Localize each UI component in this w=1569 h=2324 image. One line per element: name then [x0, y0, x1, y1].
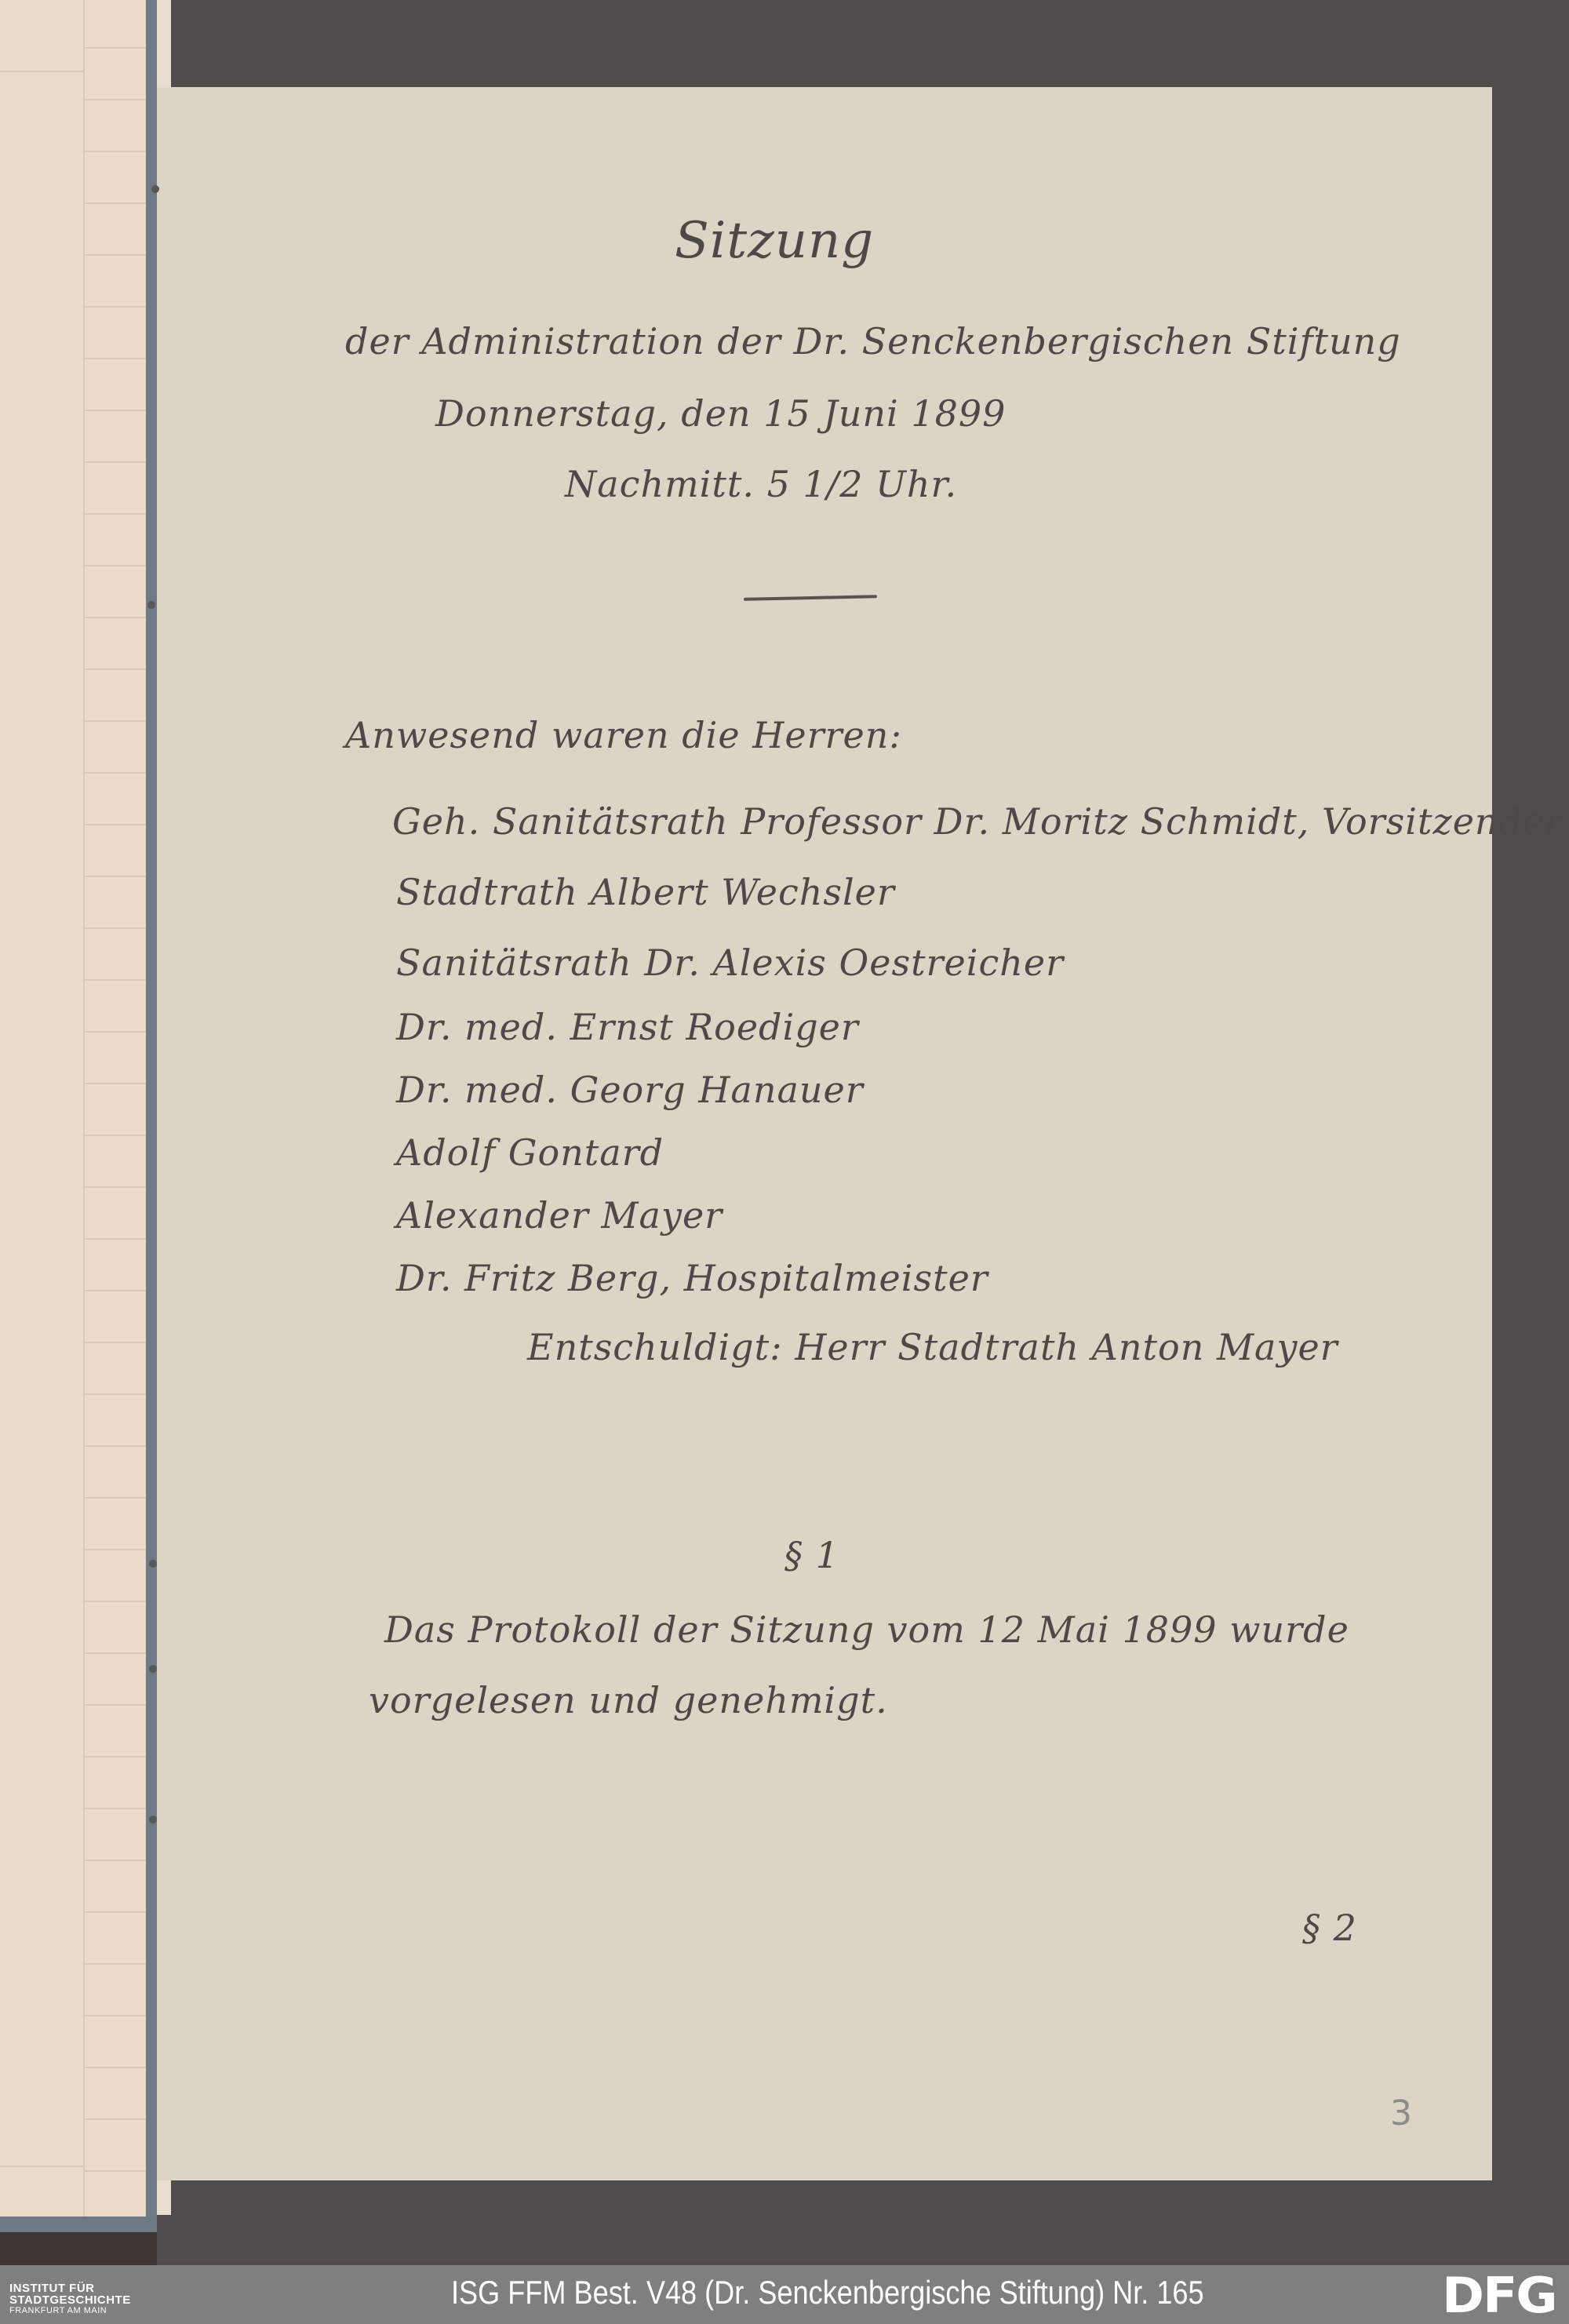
attendee: Adolf Gontard [396, 1131, 664, 1174]
attendee: Alexander Mayer [396, 1194, 723, 1237]
attendee: Geh. Sanitätsrath Professor Dr. Moritz S… [392, 800, 1563, 843]
binding-hole [149, 1560, 157, 1568]
binding-hole [151, 185, 159, 193]
cover-shadow [0, 2232, 157, 2265]
binding-bottom-edge [0, 2217, 157, 2232]
binding-hole [147, 601, 155, 609]
attendee: Dr. med. Ernst Roediger [396, 1006, 859, 1048]
attendee: Dr. Fritz Berg, Hospitalmeister [396, 1257, 988, 1299]
pencil-folio-number: 3 [1390, 2093, 1412, 2133]
archive-signature-caption: ISG FFM Best. V48 (Dr. Senckenbergische … [451, 2275, 1204, 2310]
logo-line: STADTGESCHICHTE [9, 2294, 131, 2306]
institution-logo: INSTITUT FÜR STADTGESCHICHTE FRANKFURT A… [9, 2282, 131, 2316]
ruled-paper-strip [85, 0, 147, 2217]
heading-date: Donnerstag, den 15 Juni 1899 [435, 392, 1006, 435]
attendee: Stadtrath Albert Wechsler [396, 871, 895, 913]
section-mark-1: § 1 [784, 1534, 839, 1576]
binding-spine [146, 0, 157, 2232]
binding-hole [149, 1816, 157, 1823]
attendee: Sanitätsrath Dr. Alexis Oestreicher [396, 942, 1064, 984]
heading-time: Nachmitt. 5 1/2 Uhr. [565, 463, 957, 505]
heading-sitzung: Sitzung [675, 212, 874, 270]
previous-page-edge [0, 0, 85, 2217]
section-1-text: Das Protokoll der Sitzung vom 12 Mai 189… [384, 1608, 1349, 1651]
logo-line: INSTITUT FÜR [9, 2282, 131, 2294]
page-edge-line [0, 71, 85, 72]
attendee: Dr. med. Georg Hanauer [396, 1069, 864, 1111]
section-mark-2: § 2 [1302, 1907, 1357, 1949]
attendance-intro: Anwesend waren die Herren: [345, 714, 902, 756]
dfg-logo: DFG [1442, 2270, 1556, 2322]
excused-note: Entschuldigt: Herr Stadtrath Anton Mayer [527, 1326, 1338, 1368]
paper-corner [157, 85, 171, 88]
page-edge-line [0, 2166, 85, 2167]
section-1-text: vorgelesen und genehmigt. [369, 1679, 888, 1721]
logo-line: FRANKFURT AM MAIN [9, 2306, 131, 2316]
heading-administration: der Administration der Dr. Senckenbergis… [345, 320, 1401, 362]
binding-hole [149, 1665, 157, 1673]
